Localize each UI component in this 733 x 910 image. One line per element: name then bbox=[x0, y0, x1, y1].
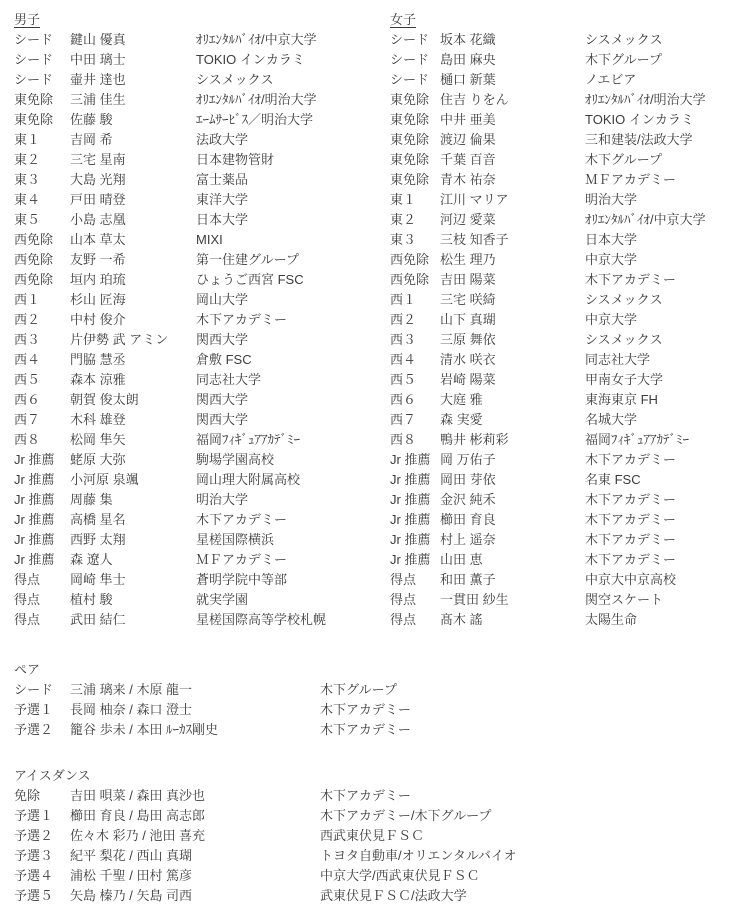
entry-affiliation: 日本大学 bbox=[585, 230, 733, 250]
entry-category: 西６ bbox=[390, 390, 440, 410]
entry-category: 西免除 bbox=[390, 250, 440, 270]
entry-row: 西免除松生 理乃中京大学 bbox=[390, 250, 733, 270]
entry-category: 得点 bbox=[14, 590, 70, 610]
entry-row: 西３片伊勢 武 アミン関西大学 bbox=[14, 330, 367, 350]
pairs-entry-rows: シード三浦 璃来 / 木原 龍一木下グループ予選１長岡 柚奈 / 森口 澄士木下… bbox=[14, 680, 733, 740]
entry-row: 予選４浦松 千聖 / 田村 篤彦中京大学/西武東伏見ＦＳＣ bbox=[14, 866, 733, 886]
entry-category: 予選１ bbox=[14, 806, 70, 826]
entry-affiliation: 日本大学 bbox=[196, 210, 367, 230]
ice-dance-entry-rows: 免除吉田 唄菜 / 森田 真沙也木下アカデミー予選１櫛田 育良 / 島田 高志郎… bbox=[14, 786, 733, 906]
entry-name: 友野 一希 bbox=[70, 250, 196, 270]
entry-category: シード bbox=[14, 30, 70, 50]
entry-category: 予選２ bbox=[14, 826, 70, 846]
entry-category: 東免除 bbox=[390, 90, 440, 110]
entry-affiliation: 就実学園 bbox=[196, 590, 367, 610]
entry-affiliation: 東海東京 FH bbox=[585, 390, 733, 410]
entry-name: 浦松 千聖 / 田村 篤彦 bbox=[70, 866, 320, 886]
entry-category: シード bbox=[14, 680, 70, 700]
entry-affiliation: 木下アカデミー bbox=[585, 530, 733, 550]
entry-name: 長岡 柚奈 / 森口 澄士 bbox=[70, 700, 320, 720]
entry-row: 西７木科 雄登関西大学 bbox=[14, 410, 367, 430]
entry-row: Jr 推薦山田 恵木下アカデミー bbox=[390, 550, 733, 570]
entry-row: Jr 推薦西野 太翔星槎国際横浜 bbox=[14, 530, 367, 550]
entry-row: Jr 推薦金沢 純禾木下アカデミー bbox=[390, 490, 733, 510]
entry-name: 三原 舞依 bbox=[440, 330, 585, 350]
entry-row: 西６大庭 雅東海東京 FH bbox=[390, 390, 733, 410]
entry-affiliation: 木下アカデミー bbox=[585, 270, 733, 290]
section-title-women-text: 女子 bbox=[390, 12, 416, 27]
entry-name: 清水 咲衣 bbox=[440, 350, 585, 370]
entry-category: 得点 bbox=[14, 570, 70, 590]
entry-name: 森 遼人 bbox=[70, 550, 196, 570]
entry-category: Jr 推薦 bbox=[390, 450, 440, 470]
entry-row: 東免除青木 祐奈ＭＦアカデミー bbox=[390, 170, 733, 190]
entry-category: 西４ bbox=[14, 350, 70, 370]
entry-row: Jr 推薦岡 万佑子木下アカデミー bbox=[390, 450, 733, 470]
entry-affiliation: 木下グループ bbox=[320, 680, 733, 700]
entry-category: Jr 推薦 bbox=[14, 470, 70, 490]
entry-row: シード島田 麻央木下グループ bbox=[390, 50, 733, 70]
entry-name: 戸田 晴登 bbox=[70, 190, 196, 210]
entry-category: Jr 推薦 bbox=[390, 470, 440, 490]
entry-category: 東２ bbox=[390, 210, 440, 230]
entry-affiliation: 木下アカデミー bbox=[320, 720, 733, 740]
entry-row: 東３三枝 知香子日本大学 bbox=[390, 230, 733, 250]
entry-affiliation: 同志社大学 bbox=[585, 350, 733, 370]
entry-row: 予選１櫛田 育良 / 島田 高志郎木下アカデミー/木下グループ bbox=[14, 806, 733, 826]
entry-name: 籠谷 歩未 / 本田 ﾙｰｶｽ剛史 bbox=[70, 720, 320, 740]
entry-affiliation: 木下アカデミー bbox=[585, 450, 733, 470]
entry-affiliation: トヨタ自動車/オリエンタルバイオ bbox=[320, 846, 733, 866]
entry-category: 西５ bbox=[390, 370, 440, 390]
entry-name: 大庭 雅 bbox=[440, 390, 585, 410]
entry-category: 東免除 bbox=[14, 90, 70, 110]
entry-affiliation: 名東 FSC bbox=[585, 470, 733, 490]
entry-category: 東５ bbox=[14, 210, 70, 230]
entry-affiliation: 中京大学 bbox=[585, 310, 733, 330]
entry-affiliation: 木下アカデミー bbox=[320, 786, 733, 806]
entry-name: 三宅 咲綺 bbox=[440, 290, 585, 310]
entry-affiliation: 中京大中京高校 bbox=[585, 570, 733, 590]
entry-affiliation: 関空スケート bbox=[585, 590, 733, 610]
entry-category: 西免除 bbox=[14, 230, 70, 250]
entry-category: 西３ bbox=[390, 330, 440, 350]
entry-row: 予選３紀平 梨花 / 西山 真瑚トヨタ自動車/オリエンタルバイオ bbox=[14, 846, 733, 866]
entry-category: 予選２ bbox=[14, 720, 70, 740]
entry-row: 得点髙木 謠太陽生命 bbox=[390, 610, 733, 630]
entry-name: 西野 太翔 bbox=[70, 530, 196, 550]
section-title-pairs-text: ペア bbox=[14, 662, 40, 677]
entry-category: 西４ bbox=[390, 350, 440, 370]
entry-category: 東１ bbox=[14, 130, 70, 150]
entry-name: 周藤 集 bbox=[70, 490, 196, 510]
entry-category: Jr 推薦 bbox=[14, 490, 70, 510]
entry-name: 鍵山 優真 bbox=[70, 30, 196, 50]
entry-name: 櫛田 育良 / 島田 高志郎 bbox=[70, 806, 320, 826]
entry-affiliation: 太陽生命 bbox=[585, 610, 733, 630]
entry-row: シード鍵山 優真ｵﾘｴﾝﾀﾙﾊﾞｲｵ/中京大学 bbox=[14, 30, 367, 50]
entry-name: 住吉 りをん bbox=[440, 90, 585, 110]
entry-name: 千葉 百音 bbox=[440, 150, 585, 170]
entry-category: 西免除 bbox=[14, 270, 70, 290]
entry-affiliation: ひょうご西宮 FSC bbox=[196, 270, 367, 290]
entry-category: シード bbox=[14, 70, 70, 90]
entry-affiliation: ｵﾘｴﾝﾀﾙﾊﾞｲｵ/明治大学 bbox=[196, 90, 367, 110]
entry-name: 樋口 新葉 bbox=[440, 70, 585, 90]
entry-affiliation: 福岡ﾌｨｷﾞｭｱｱｶﾃﾞﾐｰ bbox=[196, 430, 367, 450]
entry-affiliation: 中京大学 bbox=[585, 250, 733, 270]
entry-category: Jr 推薦 bbox=[390, 550, 440, 570]
entry-category: 西８ bbox=[390, 430, 440, 450]
entry-affiliation: 木下グループ bbox=[585, 50, 733, 70]
entry-row: 東５小島 志凰日本大学 bbox=[14, 210, 367, 230]
entry-category: シード bbox=[390, 70, 440, 90]
entry-name: 佐々木 彩乃 / 池田 喜充 bbox=[70, 826, 320, 846]
entry-name: 髙木 謠 bbox=[440, 610, 585, 630]
entry-affiliation: 木下アカデミー bbox=[320, 700, 733, 720]
entry-category: Jr 推薦 bbox=[390, 530, 440, 550]
entry-row: 得点岡崎 隼士蒼明学院中等部 bbox=[14, 570, 367, 590]
entry-row: 東免除三浦 佳生ｵﾘｴﾝﾀﾙﾊﾞｲｵ/明治大学 bbox=[14, 90, 367, 110]
entry-name: 矢島 榛乃 / 矢島 司西 bbox=[70, 886, 320, 906]
entry-affiliation: 木下アカデミー/木下グループ bbox=[320, 806, 733, 826]
entry-row: 免除吉田 唄菜 / 森田 真沙也木下アカデミー bbox=[14, 786, 733, 806]
entry-name: 中田 璃士 bbox=[70, 50, 196, 70]
entry-name: 坂本 花織 bbox=[440, 30, 585, 50]
entry-category: 東２ bbox=[14, 150, 70, 170]
entry-affiliation: 法政大学 bbox=[196, 130, 367, 150]
entry-affiliation: 中京大学/西武東伏見ＦＳＣ bbox=[320, 866, 733, 886]
entry-name: 三浦 璃来 / 木原 龍一 bbox=[70, 680, 320, 700]
entry-row: Jr 推薦村上 遥奈木下アカデミー bbox=[390, 530, 733, 550]
entry-name: 佐藤 駿 bbox=[70, 110, 196, 130]
entry-name: 門脇 慧丞 bbox=[70, 350, 196, 370]
entry-affiliation: ノエビア bbox=[585, 70, 733, 90]
entry-category: 東免除 bbox=[14, 110, 70, 130]
entry-name: 蛯原 大弥 bbox=[70, 450, 196, 470]
entry-affiliation: 福岡ﾌｨｷﾞｭｱｱｶﾃﾞﾐｰ bbox=[585, 430, 733, 450]
entry-name: 小河原 泉颯 bbox=[70, 470, 196, 490]
entry-name: 吉田 唄菜 / 森田 真沙也 bbox=[70, 786, 320, 806]
entry-row: 予選２籠谷 歩未 / 本田 ﾙｰｶｽ剛史木下アカデミー bbox=[14, 720, 733, 740]
entry-affiliation: 関西大学 bbox=[196, 390, 367, 410]
section-title-ice-dance-text: アイスダンス bbox=[14, 768, 90, 783]
entry-category: 東免除 bbox=[390, 110, 440, 130]
entry-name: 小島 志凰 bbox=[70, 210, 196, 230]
entry-affiliation: ｵﾘｴﾝﾀﾙﾊﾞｲｵ/中京大学 bbox=[196, 30, 367, 50]
entry-category: 西１ bbox=[14, 290, 70, 310]
entry-category: 予選１ bbox=[14, 700, 70, 720]
entry-row: Jr 推薦森 遼人ＭＦアカデミー bbox=[14, 550, 367, 570]
entry-row: 東免除住吉 りをんｵﾘｴﾝﾀﾙﾊﾞｲｵ/明治大学 bbox=[390, 90, 733, 110]
entry-row: 東２河辺 愛菜ｵﾘｴﾝﾀﾙﾊﾞｲｵ/中京大学 bbox=[390, 210, 733, 230]
entry-row: Jr 推薦蛯原 大弥駒場学園高校 bbox=[14, 450, 367, 470]
entry-category: 東３ bbox=[390, 230, 440, 250]
entry-row: 東３大島 光翔富士薬品 bbox=[14, 170, 367, 190]
entry-row: 西５岩崎 陽菜甲南女子大学 bbox=[390, 370, 733, 390]
entry-affiliation: 星槎国際高等学校札幌 bbox=[196, 610, 367, 630]
section-ice-dance: アイスダンス 免除吉田 唄菜 / 森田 真沙也木下アカデミー予選１櫛田 育良 /… bbox=[0, 766, 733, 906]
entry-category: Jr 推薦 bbox=[14, 450, 70, 470]
entry-name: 吉田 陽菜 bbox=[440, 270, 585, 290]
entry-affiliation: 西武東伏見ＦＳＣ bbox=[320, 826, 733, 846]
entry-name: 岡 万佑子 bbox=[440, 450, 585, 470]
entry-category: Jr 推薦 bbox=[14, 510, 70, 530]
entry-row: 西７森 実愛名城大学 bbox=[390, 410, 733, 430]
entry-row: 西２山下 真瑚中京大学 bbox=[390, 310, 733, 330]
entry-affiliation: 木下アカデミー bbox=[196, 510, 367, 530]
entry-name: 渡辺 倫果 bbox=[440, 130, 585, 150]
entry-name: 中村 俊介 bbox=[70, 310, 196, 330]
entry-row: 西免除山本 草太MIXI bbox=[14, 230, 367, 250]
entry-category: 西８ bbox=[14, 430, 70, 450]
entry-affiliation: 駒場学園高校 bbox=[196, 450, 367, 470]
entry-category: 東１ bbox=[390, 190, 440, 210]
entry-row: Jr 推薦岡田 芽依名東 FSC bbox=[390, 470, 733, 490]
entry-row: 東免除佐藤 駿ｴｰﾑｻｰﾋﾞｽ／明治大学 bbox=[14, 110, 367, 130]
entry-name: 鴨井 彬莉彩 bbox=[440, 430, 585, 450]
entry-affiliation: 倉敷 FSC bbox=[196, 350, 367, 370]
entry-row: 西８松岡 隼矢福岡ﾌｨｷﾞｭｱｱｶﾃﾞﾐｰ bbox=[14, 430, 367, 450]
entry-category: Jr 推薦 bbox=[390, 490, 440, 510]
entry-affiliation: 三和建装/法政大学 bbox=[585, 130, 733, 150]
singles-columns: 男子 シード鍵山 優真ｵﾘｴﾝﾀﾙﾊﾞｲｵ/中京大学シード中田 璃士TOKIO … bbox=[0, 10, 733, 630]
entry-name: 吉岡 希 bbox=[70, 130, 196, 150]
entry-name: 杉山 匠海 bbox=[70, 290, 196, 310]
entry-category: 西７ bbox=[14, 410, 70, 430]
entry-name: 村上 遥奈 bbox=[440, 530, 585, 550]
entry-category: Jr 推薦 bbox=[14, 550, 70, 570]
entry-row: シード坂本 花織シスメックス bbox=[390, 30, 733, 50]
entry-row: Jr 推薦周藤 集明治大学 bbox=[14, 490, 367, 510]
entry-affiliation: 木下アカデミー bbox=[585, 550, 733, 570]
entry-affiliation: 明治大学 bbox=[585, 190, 733, 210]
entry-name: 山本 草太 bbox=[70, 230, 196, 250]
section-women: 女子 シード坂本 花織シスメックスシード島田 麻央木下グループシード樋口 新葉ノ… bbox=[367, 10, 733, 630]
entry-category: 東免除 bbox=[390, 130, 440, 150]
entry-affiliation: 木下アカデミー bbox=[585, 510, 733, 530]
entry-name: 江川 マリア bbox=[440, 190, 585, 210]
section-title-men: 男子 bbox=[14, 10, 367, 30]
entry-name: 壷井 達也 bbox=[70, 70, 196, 90]
entry-row: 予選１長岡 柚奈 / 森口 澄士木下アカデミー bbox=[14, 700, 733, 720]
men-entry-rows: シード鍵山 優真ｵﾘｴﾝﾀﾙﾊﾞｲｵ/中京大学シード中田 璃士TOKIO インカ… bbox=[14, 30, 367, 630]
entry-row: シード樋口 新葉ノエビア bbox=[390, 70, 733, 90]
entry-row: Jr 推薦高橋 星名木下アカデミー bbox=[14, 510, 367, 530]
entry-category: 西６ bbox=[14, 390, 70, 410]
entry-name: 櫛田 育良 bbox=[440, 510, 585, 530]
entry-row: 得点植村 駿就実学園 bbox=[14, 590, 367, 610]
entry-affiliation: 東洋大学 bbox=[196, 190, 367, 210]
entry-affiliation: ＭＦアカデミー bbox=[585, 170, 733, 190]
entry-name: 三宅 星南 bbox=[70, 150, 196, 170]
entry-affiliation: シスメックス bbox=[585, 330, 733, 350]
entry-affiliation: ｵﾘｴﾝﾀﾙﾊﾞｲｵ/中京大学 bbox=[585, 210, 733, 230]
entry-category: 東免除 bbox=[390, 170, 440, 190]
entry-category: 西２ bbox=[14, 310, 70, 330]
entry-category: 予選５ bbox=[14, 886, 70, 906]
entry-row: 予選５矢島 榛乃 / 矢島 司西武東伏見ＦＳＣ/法政大学 bbox=[14, 886, 733, 906]
entry-name: 岡崎 隼士 bbox=[70, 570, 196, 590]
entry-row: 東２三宅 星南日本建物管財 bbox=[14, 150, 367, 170]
entry-category: シード bbox=[390, 50, 440, 70]
entry-name: 河辺 愛菜 bbox=[440, 210, 585, 230]
entry-name: 三枝 知香子 bbox=[440, 230, 585, 250]
entry-name: 朝賀 俊太朗 bbox=[70, 390, 196, 410]
entry-name: 垣内 珀琉 bbox=[70, 270, 196, 290]
entry-row: 西３三原 舞依シスメックス bbox=[390, 330, 733, 350]
entry-category: 予選３ bbox=[14, 846, 70, 866]
entry-affiliation: 第一住建グループ bbox=[196, 250, 367, 270]
entry-affiliation: 武東伏見ＦＳＣ/法政大学 bbox=[320, 886, 733, 906]
entry-name: 中井 亜美 bbox=[440, 110, 585, 130]
entry-category: 西２ bbox=[390, 310, 440, 330]
entry-name: 岡田 芽依 bbox=[440, 470, 585, 490]
entry-affiliation: 名城大学 bbox=[585, 410, 733, 430]
entry-row: 東免除千葉 百音木下グループ bbox=[390, 150, 733, 170]
entry-row: 西免除友野 一希第一住建グループ bbox=[14, 250, 367, 270]
entry-row: 西８鴨井 彬莉彩福岡ﾌｨｷﾞｭｱｱｶﾃﾞﾐｰ bbox=[390, 430, 733, 450]
entry-name: 松生 理乃 bbox=[440, 250, 585, 270]
entry-name: 三浦 佳生 bbox=[70, 90, 196, 110]
entry-affiliation: シスメックス bbox=[196, 70, 367, 90]
entry-category: Jr 推薦 bbox=[390, 510, 440, 530]
entry-category: Jr 推薦 bbox=[14, 530, 70, 550]
entry-row: 東１江川 マリア明治大学 bbox=[390, 190, 733, 210]
entry-affiliation: 同志社大学 bbox=[196, 370, 367, 390]
entry-category: 西１ bbox=[390, 290, 440, 310]
entry-name: 森本 涼雅 bbox=[70, 370, 196, 390]
entry-name: 大島 光翔 bbox=[70, 170, 196, 190]
entry-category: 得点 bbox=[14, 610, 70, 630]
entry-affiliation: 木下グループ bbox=[585, 150, 733, 170]
section-pairs: ペア シード三浦 璃来 / 木原 龍一木下グループ予選１長岡 柚奈 / 森口 澄… bbox=[0, 660, 733, 740]
entry-name: 植村 駿 bbox=[70, 590, 196, 610]
entry-row: 東免除中井 亜美TOKIO インカラミ bbox=[390, 110, 733, 130]
entry-row: 得点和田 薫子中京大中京高校 bbox=[390, 570, 733, 590]
entry-category: 得点 bbox=[390, 570, 440, 590]
entry-name: 金沢 純禾 bbox=[440, 490, 585, 510]
entry-row: 西１杉山 匠海岡山大学 bbox=[14, 290, 367, 310]
entry-name: 武田 結仁 bbox=[70, 610, 196, 630]
entry-name: 高橋 星名 bbox=[70, 510, 196, 530]
entry-row: Jr 推薦小河原 泉颯岡山理大附属高校 bbox=[14, 470, 367, 490]
entry-category: 免除 bbox=[14, 786, 70, 806]
section-title-women: 女子 bbox=[390, 10, 733, 30]
entry-name: 松岡 隼矢 bbox=[70, 430, 196, 450]
entry-name: 山田 恵 bbox=[440, 550, 585, 570]
entry-category: 東４ bbox=[14, 190, 70, 210]
entry-affiliation: TOKIO インカラミ bbox=[585, 110, 733, 130]
entry-category: 西免除 bbox=[14, 250, 70, 270]
section-title-men-text: 男子 bbox=[14, 12, 40, 27]
entry-row: 西４門脇 慧丞倉敷 FSC bbox=[14, 350, 367, 370]
entry-category: 予選４ bbox=[14, 866, 70, 886]
entry-affiliation: ｴｰﾑｻｰﾋﾞｽ／明治大学 bbox=[196, 110, 367, 130]
entry-row: 西１三宅 咲綺シスメックス bbox=[390, 290, 733, 310]
entry-row: シード壷井 達也シスメックス bbox=[14, 70, 367, 90]
entry-affiliation: 甲南女子大学 bbox=[585, 370, 733, 390]
entry-name: 紀平 梨花 / 西山 真瑚 bbox=[70, 846, 320, 866]
entry-affiliation: 関西大学 bbox=[196, 410, 367, 430]
entry-affiliation: ＭＦアカデミー bbox=[196, 550, 367, 570]
entry-row: 得点一貫田 紗生関空スケート bbox=[390, 590, 733, 610]
entry-affiliation: TOKIO インカラミ bbox=[196, 50, 367, 70]
entry-row: 東免除渡辺 倫果三和建装/法政大学 bbox=[390, 130, 733, 150]
entry-category: 得点 bbox=[390, 590, 440, 610]
entry-affiliation: 岡山理大附属高校 bbox=[196, 470, 367, 490]
entry-affiliation: 日本建物管財 bbox=[196, 150, 367, 170]
entry-category: 東３ bbox=[14, 170, 70, 190]
entry-category: 西７ bbox=[390, 410, 440, 430]
entry-name: 森 実愛 bbox=[440, 410, 585, 430]
entry-row: 西免除垣内 珀琉ひょうご西宮 FSC bbox=[14, 270, 367, 290]
entry-affiliation: 木下アカデミー bbox=[196, 310, 367, 330]
section-title-pairs: ペア bbox=[14, 660, 733, 680]
entry-affiliation: 木下アカデミー bbox=[585, 490, 733, 510]
entry-row: 西６朝賀 俊太朗関西大学 bbox=[14, 390, 367, 410]
entry-name: 和田 薫子 bbox=[440, 570, 585, 590]
entry-name: 木科 雄登 bbox=[70, 410, 196, 430]
entry-row: 予選２佐々木 彩乃 / 池田 喜充西武東伏見ＦＳＣ bbox=[14, 826, 733, 846]
entry-category: 得点 bbox=[390, 610, 440, 630]
entry-category: 西免除 bbox=[390, 270, 440, 290]
entry-name: 青木 祐奈 bbox=[440, 170, 585, 190]
entry-row: 得点武田 結仁星槎国際高等学校札幌 bbox=[14, 610, 367, 630]
entry-row: Jr 推薦櫛田 育良木下アカデミー bbox=[390, 510, 733, 530]
entry-row: 西免除吉田 陽菜木下アカデミー bbox=[390, 270, 733, 290]
entry-name: 片伊勢 武 アミン bbox=[70, 330, 196, 350]
entry-category: シード bbox=[390, 30, 440, 50]
women-entry-rows: シード坂本 花織シスメックスシード島田 麻央木下グループシード樋口 新葉ノエビア… bbox=[390, 30, 733, 630]
entry-affiliation: 明治大学 bbox=[196, 490, 367, 510]
section-title-ice-dance: アイスダンス bbox=[14, 766, 733, 786]
entry-category: 西５ bbox=[14, 370, 70, 390]
entry-row: 西４清水 咲衣同志社大学 bbox=[390, 350, 733, 370]
entry-category: 西３ bbox=[14, 330, 70, 350]
entry-affiliation: 岡山大学 bbox=[196, 290, 367, 310]
entry-name: 島田 麻央 bbox=[440, 50, 585, 70]
entry-category: 東免除 bbox=[390, 150, 440, 170]
entry-affiliation: 星槎国際横浜 bbox=[196, 530, 367, 550]
entry-affiliation: 関西大学 bbox=[196, 330, 367, 350]
entry-row: シード三浦 璃来 / 木原 龍一木下グループ bbox=[14, 680, 733, 700]
entry-affiliation: MIXI bbox=[196, 230, 367, 250]
entry-category: シード bbox=[14, 50, 70, 70]
entry-row: 東１吉岡 希法政大学 bbox=[14, 130, 367, 150]
entry-row: 西５森本 涼雅同志社大学 bbox=[14, 370, 367, 390]
entry-name: 一貫田 紗生 bbox=[440, 590, 585, 610]
section-men: 男子 シード鍵山 優真ｵﾘｴﾝﾀﾙﾊﾞｲｵ/中京大学シード中田 璃士TOKIO … bbox=[0, 10, 367, 630]
entry-affiliation: ｵﾘｴﾝﾀﾙﾊﾞｲｵ/明治大学 bbox=[585, 90, 733, 110]
entry-row: 西２中村 俊介木下アカデミー bbox=[14, 310, 367, 330]
entry-affiliation: シスメックス bbox=[585, 30, 733, 50]
entry-list-page: 男子 シード鍵山 優真ｵﾘｴﾝﾀﾙﾊﾞｲｵ/中京大学シード中田 璃士TOKIO … bbox=[0, 0, 733, 910]
entry-name: 山下 真瑚 bbox=[440, 310, 585, 330]
entry-affiliation: 富士薬品 bbox=[196, 170, 367, 190]
entry-row: シード中田 璃士TOKIO インカラミ bbox=[14, 50, 367, 70]
entry-row: 東４戸田 晴登東洋大学 bbox=[14, 190, 367, 210]
entry-affiliation: 蒼明学院中等部 bbox=[196, 570, 367, 590]
entry-name: 岩崎 陽菜 bbox=[440, 370, 585, 390]
entry-affiliation: シスメックス bbox=[585, 290, 733, 310]
